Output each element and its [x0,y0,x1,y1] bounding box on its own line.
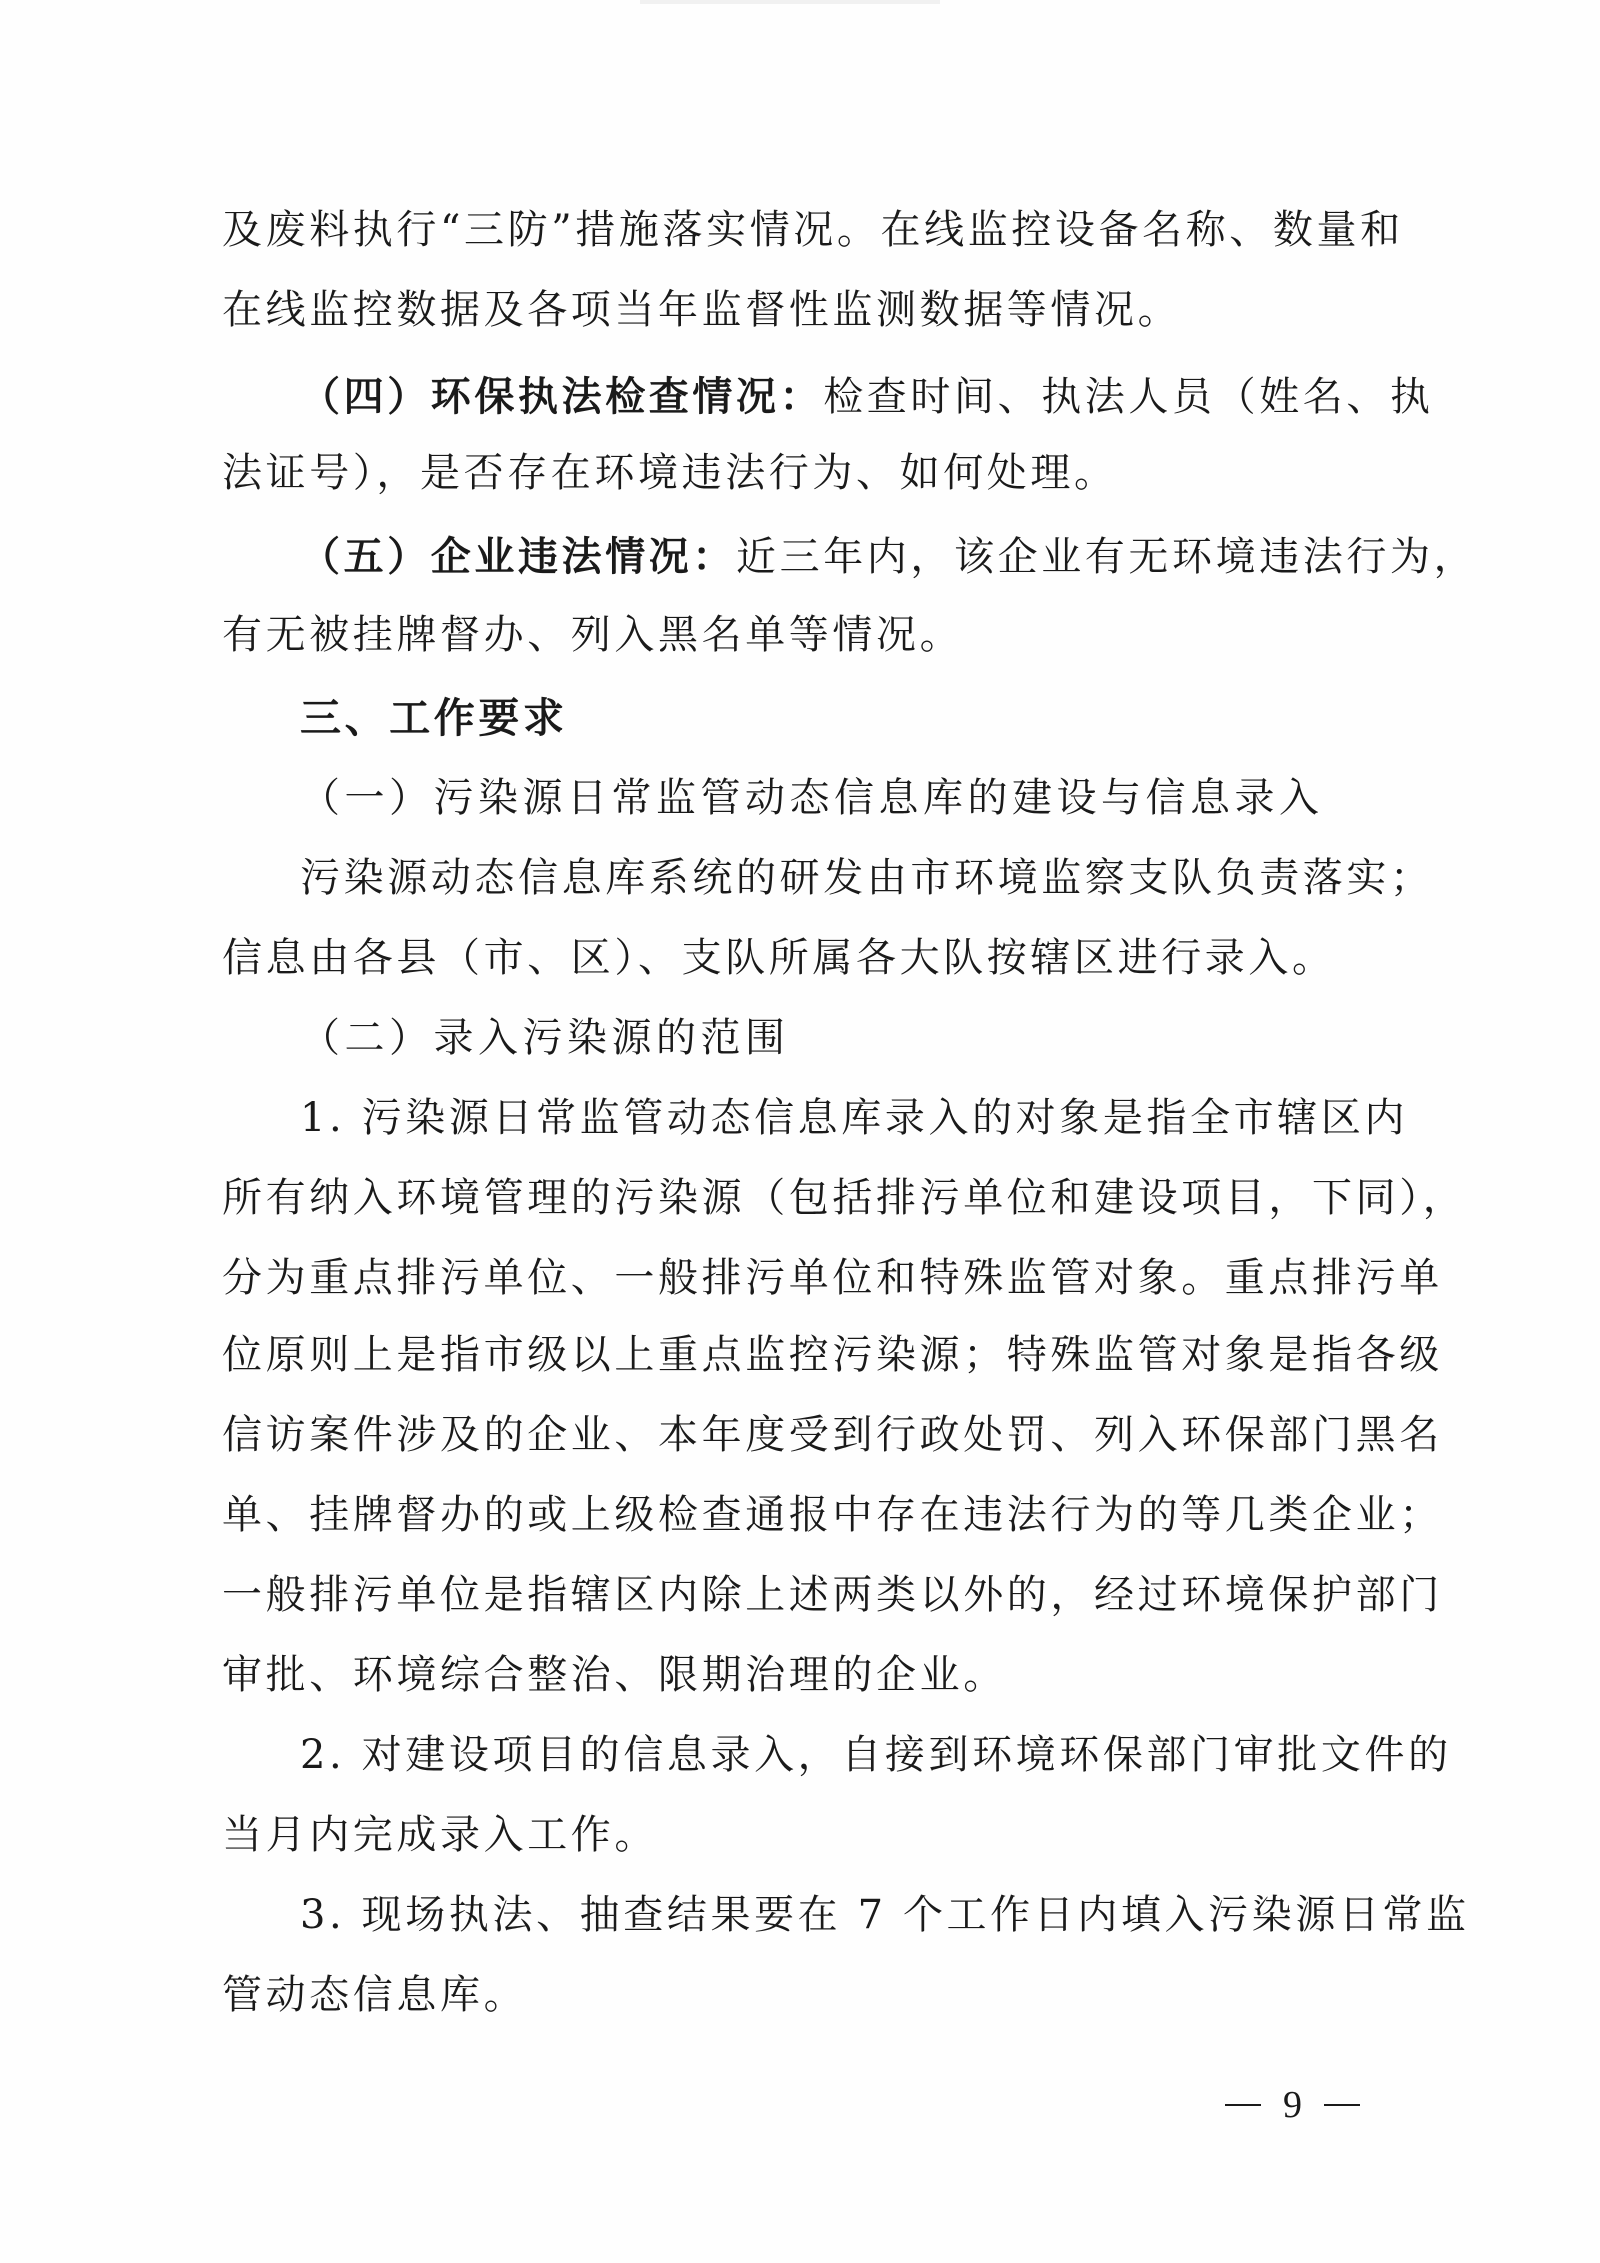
section-item-five: （五）企业违法情况：近三年内，该企业有无环境违法行为， [300,527,1412,587]
body-line: 污染源动态信息库系统的研发由市环境监察支队负责落实； [300,848,1412,908]
section-lead: （五）企业违法情况： [300,533,736,580]
subheading-two: （二）录入污染源的范围 [300,1008,1412,1068]
dash-right [1324,2104,1360,2106]
body-line: 单、挂牌督办的或上级检查通报中存在违法行为的等几类企业； [222,1485,1412,1545]
section-item-four: （四）环保执法检查情况：检查时间、执法人员（姓名、执 [300,367,1412,427]
body-line: 当月内完成录入工作。 [222,1805,1412,1865]
body-line: 一般排污单位是指辖区内除上述两类以外的，经过环境保护部门 [222,1565,1412,1625]
subheading-one: （一）污染源日常监管动态信息库的建设与信息录入 [300,768,1412,828]
numbered-item-1: 1. 污染源日常监管动态信息库录入的对象是指全市辖区内 [300,1088,1412,1148]
section-lead: （四）环保执法检查情况： [300,373,823,420]
body-line: 信访案件涉及的企业、本年度受到行政处罚、列入环保部门黑名 [222,1405,1412,1465]
body-line: 有无被挂牌督办、列入黑名单等情况。 [222,605,1412,665]
section-heading-work-requirements: 三、工作要求 [300,688,1490,748]
body-line: 信息由各县（市、区）、支队所属各大队按辖区进行录入。 [222,928,1412,988]
numbered-item-2: 2. 对建设项目的信息录入，自接到环境环保部门审批文件的 [300,1725,1412,1785]
body-line: 所有纳入环境管理的污染源（包括排污单位和建设项目，下同）， [222,1168,1412,1228]
body-line: 位原则上是指市级以上重点监控污染源；特殊监管对象是指各级 [222,1325,1412,1385]
numbered-item-3: 3. 现场执法、抽查结果要在 7 个工作日内填入污染源日常监 [300,1885,1412,1945]
document-page: 及废料执行“三防”措施落实情况。在线监控设备名称、数量和 在线监控数据及各项当年… [0,0,1600,2263]
dash-left [1225,2104,1261,2106]
body-line: 在线监控数据及各项当年监督性监测数据等情况。 [222,280,1412,340]
body-line: 审批、环境综合整治、限期治理的企业。 [222,1645,1412,1705]
body-line: 及废料执行“三防”措施落实情况。在线监控设备名称、数量和 [222,200,1412,260]
page-number: 9 [1225,2080,1425,2130]
body-line: 分为重点排污单位、一般排污单位和特殊监管对象。重点排污单 [222,1248,1412,1308]
scan-artifact [640,0,940,4]
body-line: 法证号），是否存在环境违法行为、如何处理。 [222,443,1412,503]
body-line: 管动态信息库。 [222,1965,1412,2025]
